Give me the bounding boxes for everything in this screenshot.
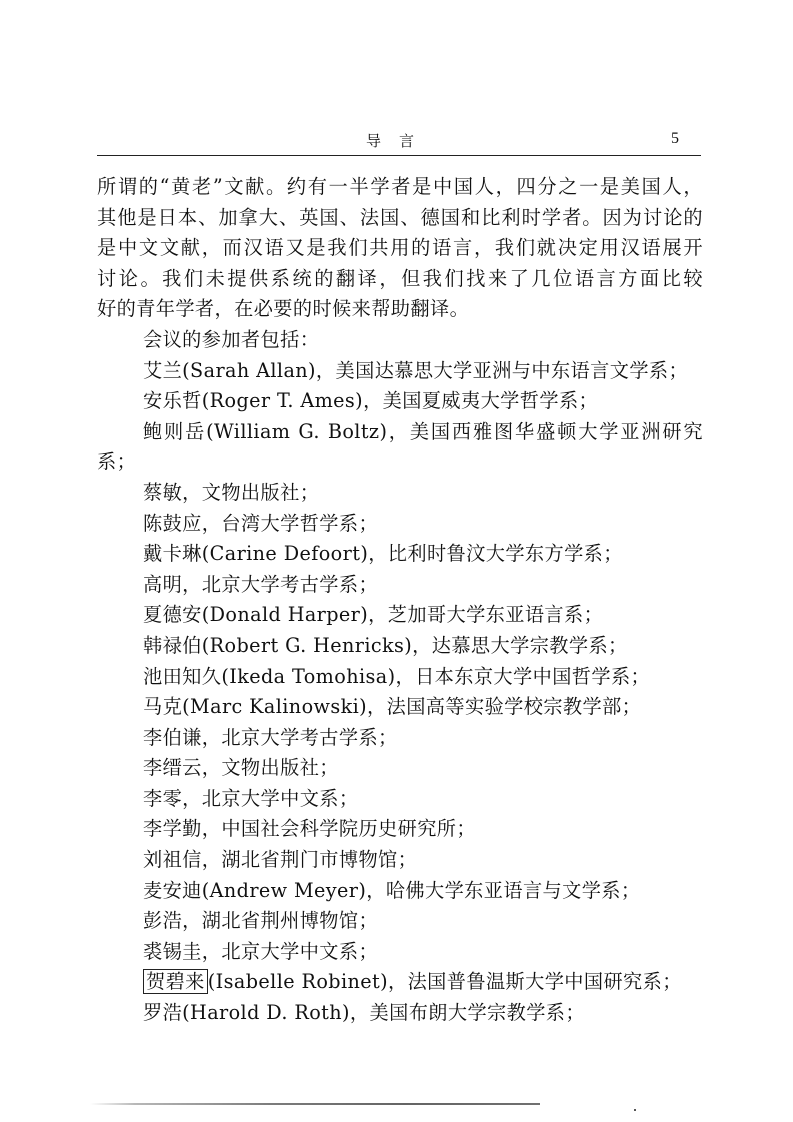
participant-entry: 李伯谦，北京大学考古学系；: [97, 723, 703, 754]
participant-entry: 裘锡圭，北京大学中文系；: [97, 937, 703, 968]
participant-entry: 韩禄伯(Robert G. Henricks)，达慕思大学宗教学系；: [97, 631, 703, 662]
participant-entry: 李缙云，文物出版社；: [97, 753, 703, 784]
participant-entry: 李零，北京大学中文系；: [97, 784, 703, 815]
participant-entry: 李学勤，中国社会科学院历史研究所；: [97, 814, 703, 845]
participant-entry: 麦安迪(Andrew Meyer)，哈佛大学东亚语言与文学系；: [97, 876, 703, 907]
participant-entry: 刘祖信，湖北省荆门市博物馆；: [97, 845, 703, 876]
participant-entry: 池田知久(Ikeda Tomohisa)，日本东京大学中国哲学系；: [97, 662, 703, 693]
participants-intro: 会议的参加者包括：: [97, 325, 703, 356]
header-rule: [97, 155, 701, 156]
participant-entry: 夏德安(Donald Harper)，芝加哥大学东亚语言系；: [97, 600, 703, 631]
participant-entry: 安乐哲(Roger T. Ames)，美国夏威夷大学哲学系；: [97, 386, 703, 417]
participant-entry-text: (Isabelle Robinet)，法国普鲁温斯大学中国研究系；: [208, 970, 682, 993]
running-header-title: 导言: [97, 130, 701, 151]
paragraph-line: 其他是日本、加拿大、英国、法国、德国和比利时学者。因为讨论的: [97, 203, 703, 234]
page-number: 5: [671, 130, 679, 148]
participant-entry: 戴卡琳(Carine Defoort)，比利时鲁汶大学东方学系；: [97, 539, 703, 570]
participant-entry: 蔡敏，文物出版社；: [97, 478, 703, 509]
boxed-name-annotation: 贺碧来: [143, 969, 208, 994]
participant-entry: 鲍则岳(William G. Boltz)，美国西雅图华盛顿大学亚洲研究: [97, 417, 703, 448]
participant-entry: 马克(Marc Kalinowski)，法国高等实验学校宗教学部；: [97, 692, 703, 723]
participant-entry: 陈鼓应，台湾大学哲学系；: [97, 509, 703, 540]
paragraph-line: 是中文文献，而汉语又是我们共用的语言，我们就决定用汉语展开: [97, 233, 703, 264]
participant-entry-boxed: 贺碧来(Isabelle Robinet)，法国普鲁温斯大学中国研究系；: [97, 967, 703, 998]
paragraph-line: 所谓的“黄老”文献。约有一半学者是中国人，四分之一是美国人，: [97, 172, 703, 203]
participant-entry: 艾兰(Sarah Allan)，美国达慕思大学亚洲与中东语言文学系；: [97, 356, 703, 387]
scan-artifact-line: [90, 1103, 540, 1105]
page-header: 导言 5: [97, 128, 701, 150]
participant-entry: 罗浩(Harold D. Roth)，美国布朗大学宗教学系；: [97, 998, 703, 1029]
participant-entry-continuation: 系；: [97, 447, 703, 478]
participant-entry: 高明，北京大学考古学系；: [97, 570, 703, 601]
paragraph-line: 好的青年学者，在必要的时候来帮助翻译。: [97, 294, 703, 325]
body-text: 所谓的“黄老”文献。约有一半学者是中国人，四分之一是美国人， 其他是日本、加拿大…: [97, 172, 703, 1029]
participant-entry: 彭浩，湖北省荆州博物馆；: [97, 906, 703, 937]
paragraph-line: 讨论。我们未提供系统的翻译，但我们找来了几位语言方面比较: [97, 264, 703, 295]
scan-artifact-dot: [634, 1109, 636, 1111]
